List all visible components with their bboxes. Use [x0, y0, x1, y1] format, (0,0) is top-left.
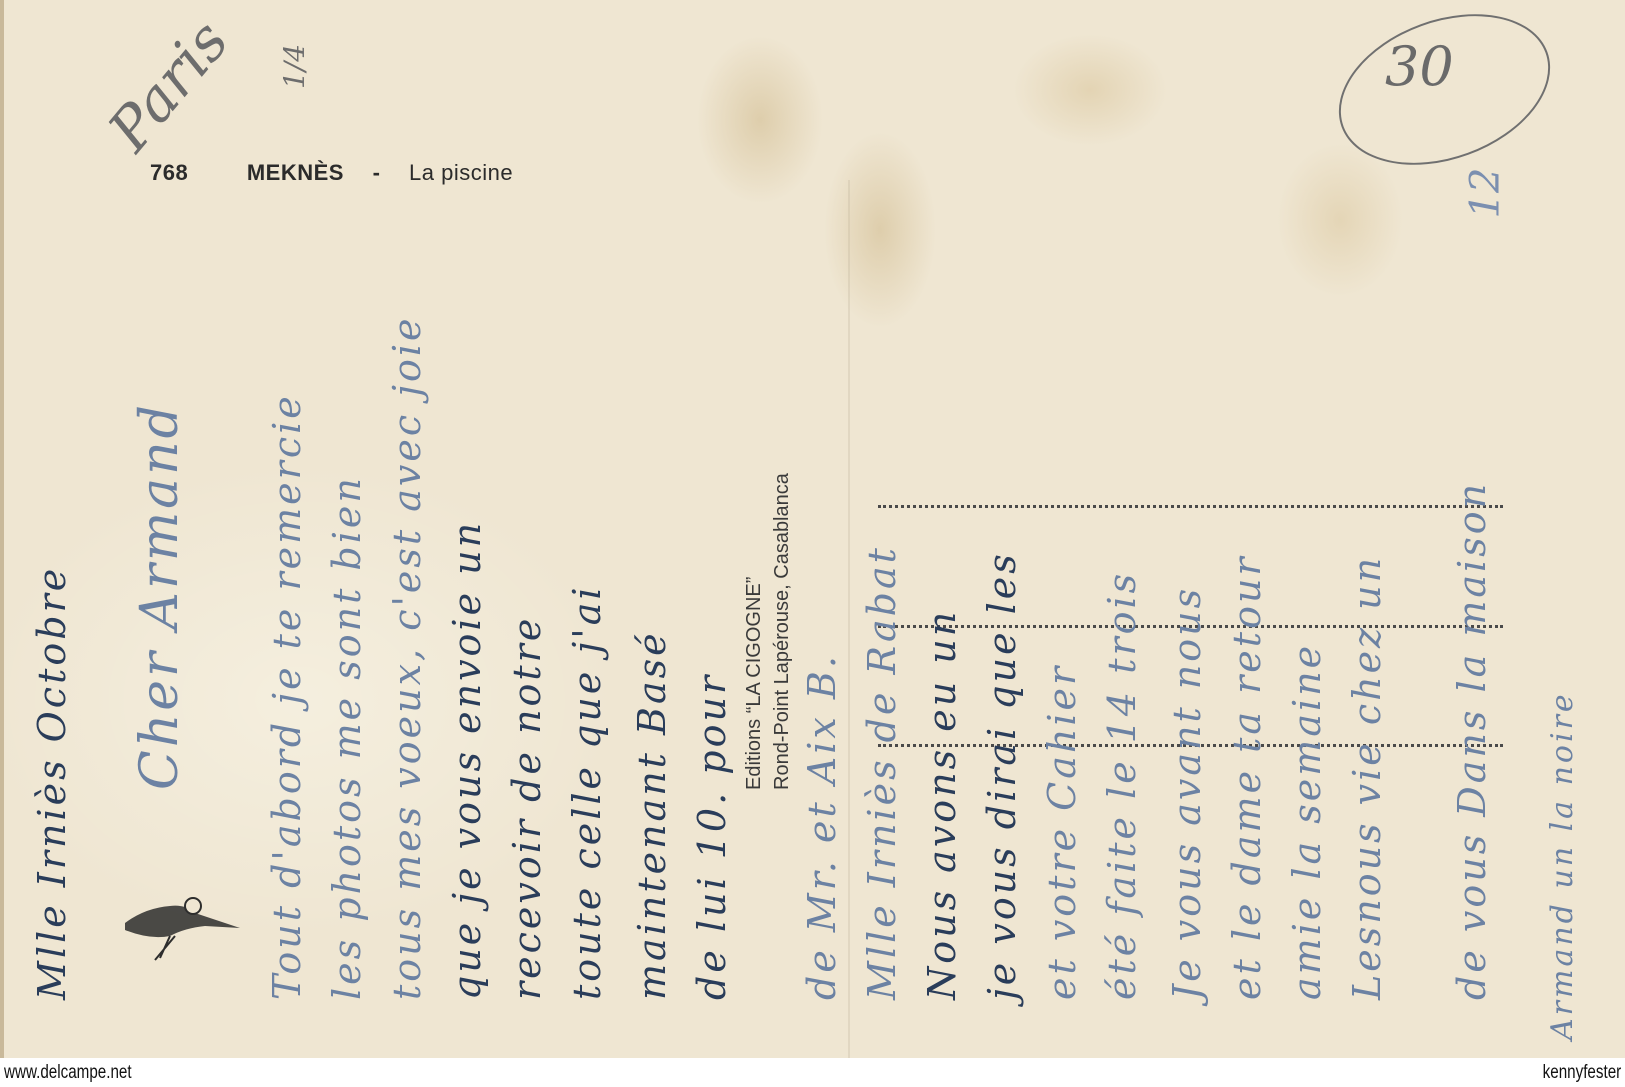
handwriting-line: que je vous envoie un — [445, 520, 489, 1000]
handwriting-line: maintenant Basé — [630, 630, 674, 1000]
handwriting-line: et le dame ta retour — [1225, 554, 1269, 1000]
pencil-fraction: 1/4 — [278, 44, 311, 89]
handwriting-line: amie la semaine — [1285, 643, 1329, 1000]
watermark-footer: www.delcampe.net kennyfester — [0, 1058, 1625, 1087]
handwriting-line: Je vous avant nous — [1165, 586, 1209, 1000]
caption-text: La piscine — [409, 160, 513, 185]
address-line-1 — [878, 505, 1503, 508]
handwriting-line: tous mes voeux, c'est avec joie — [385, 315, 429, 1000]
city-name: MEKNÈS — [247, 160, 344, 185]
card-edge — [0, 0, 4, 1058]
handwriting-line: Mlle Irniès Octobre — [30, 566, 74, 1000]
postcard-back: 768 MEKNÈS - La piscine Editions “LA CIG… — [0, 0, 1625, 1058]
publisher-name: Editions “LA CIGOGNE” — [740, 473, 768, 790]
handwriting-line: Cher Armand — [130, 402, 190, 790]
pencil-city-note: Paris — [95, 7, 242, 163]
handwriting-line: toute celle que j'ai — [565, 584, 609, 1000]
handwriting-line: Mlle Irniès de Rabat — [860, 545, 904, 1000]
delcampe-watermark: www.delcampe.net — [4, 1062, 132, 1084]
divider-line — [848, 180, 850, 1058]
seller-watermark: kennyfester — [1542, 1062, 1621, 1084]
handwriting-line: je vous dirai que les — [980, 551, 1024, 1000]
separator: - — [373, 160, 381, 185]
handwriting-line: les photos me sont bien — [325, 475, 369, 1000]
pencil-number: 12 — [1462, 168, 1508, 219]
handwriting-line: et votre Cahier — [1040, 664, 1084, 1000]
stork-icon — [115, 888, 245, 968]
circled-price: 30 — [1385, 35, 1454, 98]
handwriting-line: de Mr. et Aix B. — [800, 653, 844, 1000]
handwriting-line: de lui 10. pour — [690, 673, 734, 1000]
handwriting-line: Tout d'abord je te remercie — [265, 393, 309, 1000]
handwriting-line: Nous avons eu un — [920, 609, 964, 1000]
card-number: 768 — [150, 160, 188, 185]
publisher-address: Rond-Point Lapérouse, Casablanca — [768, 473, 796, 790]
handwriting-line: été faite le 14 trois — [1100, 571, 1144, 1000]
handwriting-line: recevoir de notre — [505, 616, 549, 1000]
handwriting-line: Armand un la noire — [1545, 691, 1580, 1040]
publisher-imprint: Editions “LA CIGOGNE” Rond-Point Lapérou… — [740, 473, 796, 790]
handwriting-line: de vous Dans la maison — [1450, 481, 1494, 1000]
handwriting-line: Lesnous vie chez un — [1345, 555, 1389, 1000]
printed-caption: 768 MEKNÈS - La piscine — [150, 160, 565, 186]
